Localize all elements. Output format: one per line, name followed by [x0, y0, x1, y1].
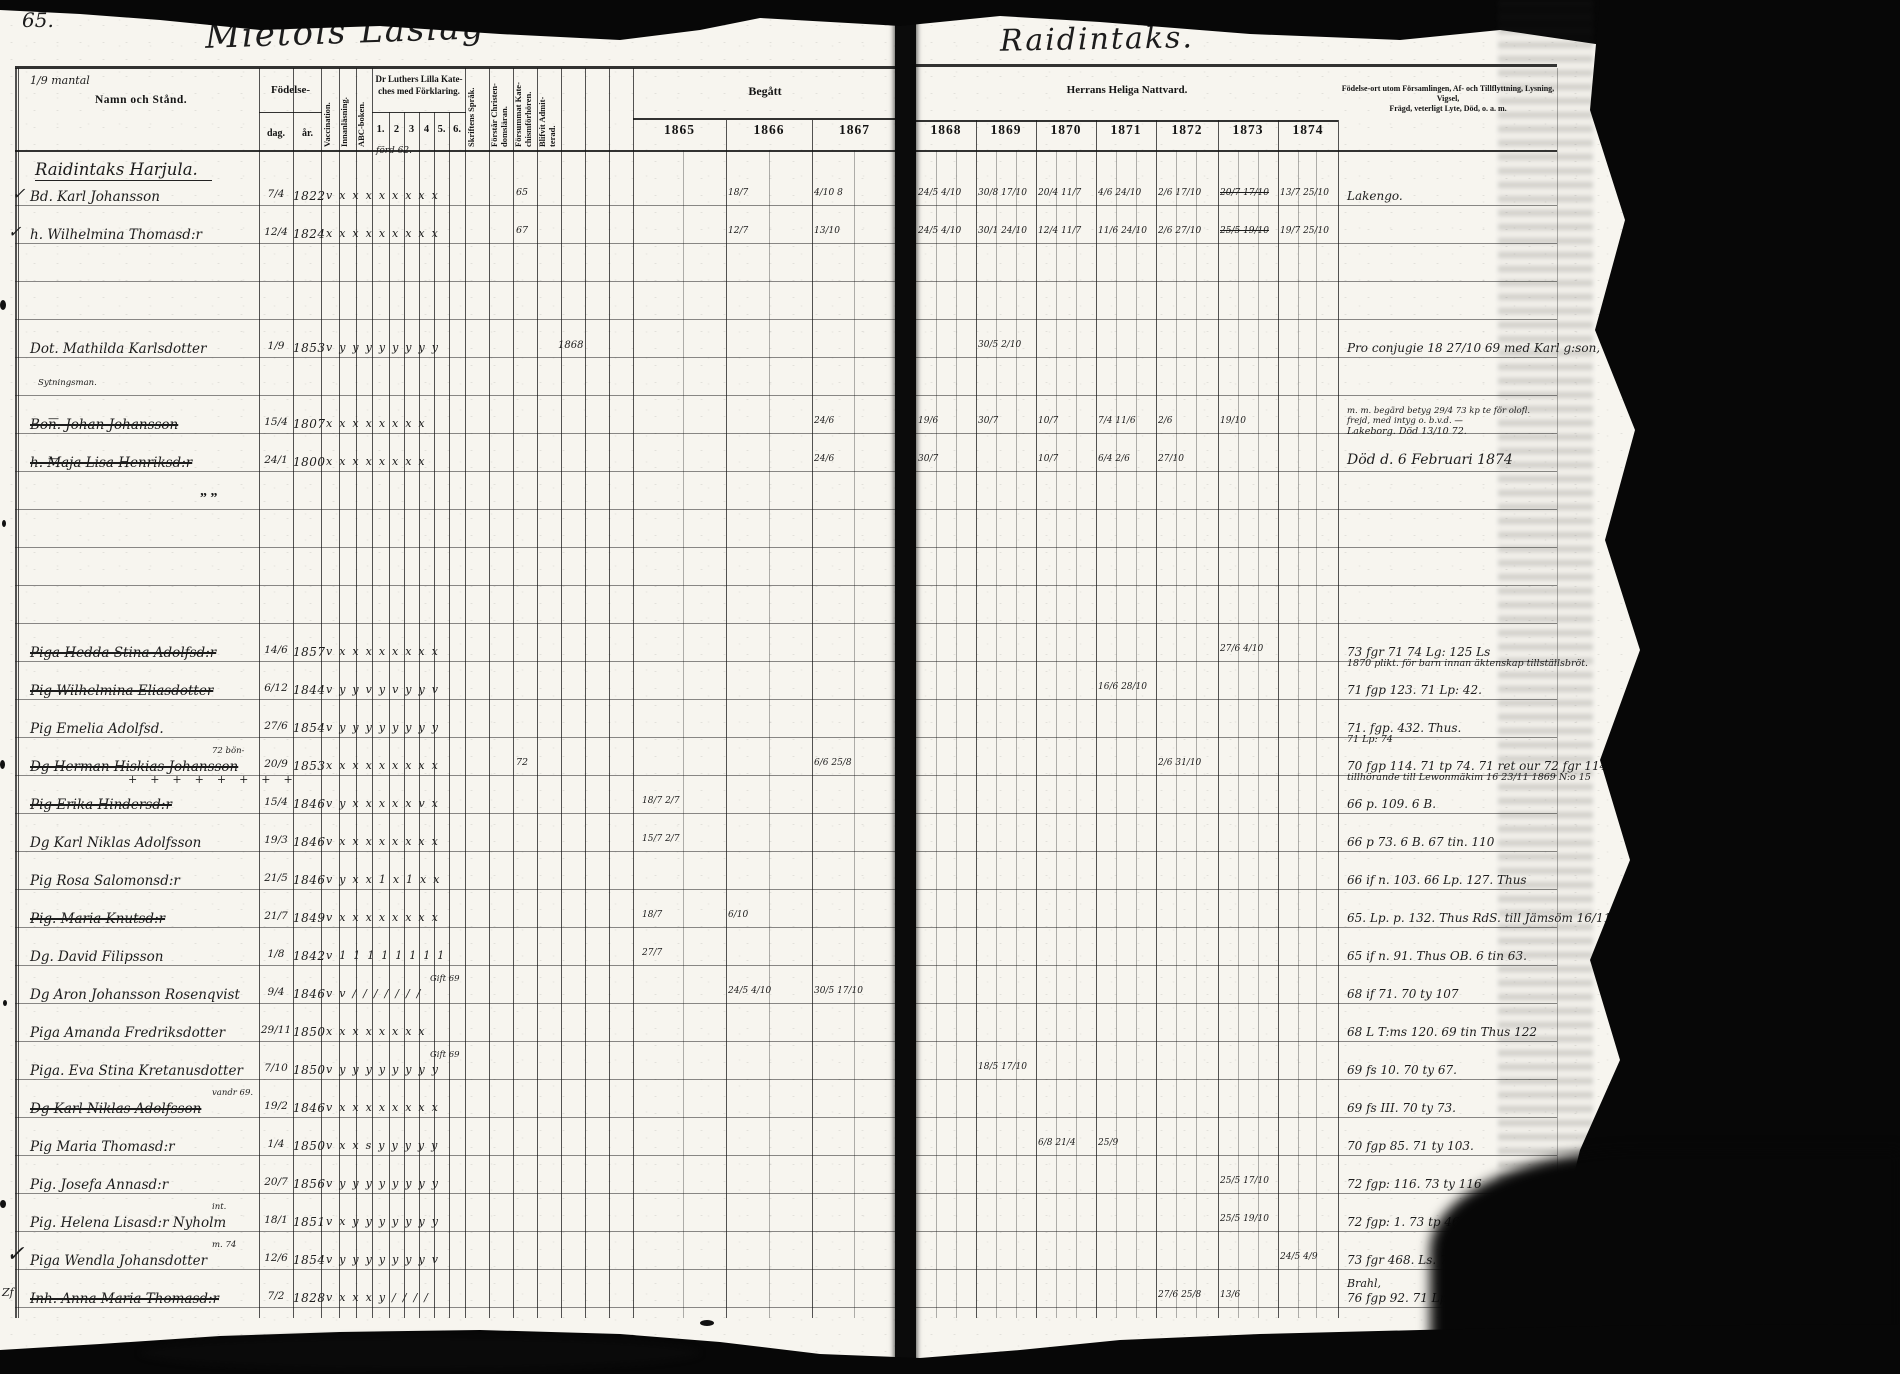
grid-line-h — [633, 118, 897, 120]
reading-marks: v11111111 — [326, 949, 451, 962]
communion-date: 24/5 4/9 — [1280, 1252, 1338, 1262]
communion-date: 30/5 2/10 — [978, 340, 1036, 350]
scanned-church-record-page: 65. Mietois Läslag Raidintaks. 1/9 manta… — [0, 0, 1900, 1374]
reading-marks: vxxsyyyyy — [326, 1139, 444, 1152]
marriage-annotation: Gift 69 — [430, 974, 460, 984]
grid-line-v — [854, 150, 855, 1318]
note: Lakeborg. Död 13/10 72. — [1347, 426, 1467, 437]
reading-marks: vxxxy//// — [326, 1291, 435, 1304]
communion-date: 2/6 31/10 — [1158, 758, 1216, 768]
catechism-col-1: 1. — [372, 124, 389, 135]
grid-line-v — [1036, 120, 1037, 1318]
grid-line-v — [1016, 150, 1017, 1318]
communion-date: 4/6 24/10 — [1098, 188, 1156, 198]
note: Brahl, — [1347, 1277, 1381, 1290]
communion-date: 19/10 — [1220, 416, 1278, 426]
communion-date: 6/6 25/8 — [814, 758, 872, 768]
margin-initials: Zf — [2, 1286, 14, 1299]
entry-name: Dg Karl Niklas Adolfsson — [30, 1101, 201, 1117]
birth-day: 21/5 — [259, 872, 293, 884]
grid-line-v — [1156, 120, 1157, 1318]
strike-marks: ++++++++ — [128, 773, 306, 786]
reading-marks: vyyvyvyyv — [326, 683, 445, 696]
margin-check-mark: ✓ — [12, 184, 25, 203]
reading-marks: xxxxxxxxx — [326, 227, 445, 240]
birth-day: 19/3 — [259, 834, 293, 846]
communion-date: 16/6 28/10 — [1098, 682, 1156, 692]
reading-marks: vyyyyyyyy — [326, 1063, 445, 1076]
communion-date: 25/5 19/10 — [1220, 226, 1278, 236]
birth-year: 1853 — [293, 341, 323, 355]
birth-year: 1824 — [293, 227, 323, 241]
communion-date: 6/4 2/6 — [1098, 454, 1156, 464]
birth-year: 1800 — [293, 455, 323, 469]
grid-line-v — [489, 68, 490, 1318]
ditto-marks: „ „ — [200, 484, 218, 500]
grid-line-v — [389, 112, 390, 1318]
birth-year: 1856 — [293, 1177, 323, 1191]
reading-marks: xxxxxxxxx — [326, 759, 445, 772]
reading-marks: xxxxxxxx — [326, 417, 432, 430]
communion-date: 24/6 — [814, 454, 872, 464]
grid-line-v — [513, 68, 514, 1318]
grid-line-v — [1196, 150, 1197, 1318]
catechism-col-4: 4 — [419, 124, 434, 135]
scan-speck — [3, 1000, 7, 1006]
birth-year: 1853 — [293, 759, 323, 773]
grid-line-v — [465, 68, 466, 1318]
scripture-header: Skriftens Språk. — [466, 71, 489, 147]
grid-line-v — [1238, 150, 1239, 1318]
note: 70 fgp 85. 71 ty 103. — [1347, 1139, 1474, 1153]
birth-day: 21/7 — [259, 910, 293, 922]
entry-name: Pig. Maria Knutsd:r — [30, 911, 165, 927]
communion-date: 19/7 25/10 — [1280, 226, 1338, 236]
communion-date: 4/10 8 — [814, 188, 872, 198]
grid-line-v — [561, 68, 562, 1318]
communion-date: 30/7 — [918, 454, 976, 464]
catechism-col-2: 2 — [389, 124, 404, 135]
note: 66 p 73. 6 B. 67 tin. 110 — [1347, 835, 1494, 849]
birth-day: 20/7 — [259, 1176, 293, 1188]
communion-date: 25/5 17/10 — [1220, 1176, 1278, 1186]
year-1867: 1867 — [812, 122, 897, 138]
birth-year: 1851 — [293, 1215, 323, 1229]
birth-year: 1857 — [293, 645, 323, 659]
scan-speck — [2, 520, 6, 527]
communion-date: 30/5 17/10 — [814, 986, 872, 996]
grid-line-v — [15, 68, 17, 1318]
household-subheading: Sytningsman. — [38, 378, 97, 388]
birth-day: 15/4 — [259, 416, 293, 428]
communion-date: 30/1 24/10 — [978, 226, 1036, 236]
communion-date: 24/6 — [814, 416, 872, 426]
birth-day: 18/1 — [259, 1214, 293, 1226]
note: 66 p. 109. 6 B. — [1347, 797, 1436, 811]
note: 73 fgr 71 74 Lg: 125 Ls — [1347, 645, 1490, 659]
note: 68 if 71. 70 ty 107 — [1347, 987, 1458, 1001]
grid-line-v — [812, 120, 813, 1318]
grid-line-v — [936, 150, 937, 1318]
mantal-note: 1/9 mantal — [30, 74, 90, 87]
grid-line-v — [1338, 120, 1339, 1318]
communion-date: 6/10 — [728, 910, 786, 920]
entry-name: Pig Maria Thomasd:r — [30, 1139, 175, 1155]
grid-line-v — [769, 150, 770, 1318]
grid-line-v — [609, 68, 610, 1318]
grid-line-v — [633, 68, 634, 1318]
grid-line-v — [585, 68, 586, 1318]
birth-year: 1844 — [293, 683, 323, 697]
birth-year: 1846 — [293, 1101, 323, 1115]
birth-day: 24/1 — [259, 454, 293, 466]
birth-year: 1842 — [293, 949, 323, 963]
communion-date: 7/4 11/6 — [1098, 416, 1156, 426]
margin-check-mark: ✓ — [8, 222, 21, 241]
catechism-col-5: 5. — [434, 124, 449, 135]
birth-year: 1807 — [293, 417, 323, 431]
communion-date: 13/6 — [1220, 1290, 1278, 1300]
birth-year-header: år. — [293, 128, 322, 139]
first-communion-year: 72 — [516, 757, 528, 768]
birth-day: 15/4 — [259, 796, 293, 808]
grid-line-v — [1096, 120, 1097, 1318]
name-column-header: Namn och Stånd. — [95, 94, 187, 106]
grid-line-v — [1176, 150, 1177, 1318]
communion-date: 20/4 11/7 — [1038, 188, 1096, 198]
year-1869: 1869 — [976, 122, 1036, 138]
communion-date: 10/7 — [1038, 416, 1096, 426]
grid-line-v — [449, 112, 450, 1318]
communion-date: 27/10 — [1158, 454, 1216, 464]
reading-marks: vyyyyyyyv — [326, 1253, 445, 1266]
communion-date: 19/6 — [918, 416, 976, 426]
reading-marks: vxyyyyyyy — [326, 1215, 445, 1228]
communion-date: 24/5 4/10 — [918, 188, 976, 198]
admitted-year: 1868 — [558, 340, 583, 351]
grid-line-v — [976, 120, 977, 1318]
margin-annotation: vandr 69. — [212, 1088, 253, 1098]
grid-line-v — [419, 112, 420, 1318]
grid-line-h — [916, 64, 1557, 67]
birth-day: 29/11 — [259, 1024, 293, 1036]
communion-date: 30/8 17/10 — [978, 188, 1036, 198]
birth-day: 1/8 — [259, 948, 293, 960]
entry-name: Pig. Josefa Annasd:r — [30, 1177, 168, 1193]
abc-book-header: ABC-boken. — [356, 71, 372, 147]
communion-date: 13/10 — [814, 226, 872, 236]
reading-marks: vyyyyyyyy — [326, 721, 445, 734]
communion-date: 27/7 — [642, 948, 700, 958]
birth-year: 1850 — [293, 1025, 323, 1039]
note: 69 fs 10. 70 ty 67. — [1347, 1063, 1457, 1077]
entry-name: Piga Amanda Fredriksdotter — [30, 1025, 225, 1041]
catechism-header-line2: ches med Förklaring. — [372, 86, 466, 96]
year-1871: 1871 — [1096, 122, 1156, 138]
communion-date: 18/5 17/10 — [978, 1062, 1036, 1072]
communion-date: 18/7 2/7 — [642, 796, 700, 806]
communion-date: 2/6 — [1158, 416, 1216, 426]
birth-day: 14/6 — [259, 644, 293, 656]
communion-date: 15/7 2/7 — [642, 834, 700, 844]
grid-line-v — [1298, 150, 1299, 1318]
reading-marks: vxxxxxxxx — [326, 835, 445, 848]
scan-speck — [700, 1320, 714, 1326]
communion-date: 12/4 11/7 — [1038, 226, 1096, 236]
grid-line-v — [1218, 120, 1219, 1318]
grid-line-v — [1258, 150, 1259, 1318]
entry-name: Piga Wendla Johansdotter — [30, 1253, 207, 1269]
note: 71 Lp: 74 — [1347, 734, 1393, 745]
note: 71 fgp 123. 71 Lp: 42. — [1347, 683, 1482, 697]
grid-line-h — [15, 150, 897, 152]
reading-marks: vxxxxxxxx — [326, 911, 445, 924]
communion-date: 27/6 4/10 — [1220, 644, 1278, 654]
grid-line-v — [434, 112, 435, 1318]
entry-name: Piga. Eva Stina Kretanusdotter — [30, 1063, 243, 1079]
communion-date: 13/7 25/10 — [1280, 188, 1338, 198]
grid-line-v — [1278, 120, 1279, 1318]
grid-line-v — [956, 150, 957, 1318]
communion-begun-header: Begått — [633, 84, 897, 99]
birth-column-header: Födelse- — [259, 84, 322, 96]
missed-catechism-header: Försummat Kate- chismförhören. — [513, 71, 537, 147]
scan-shadow-bottom-left — [140, 1336, 700, 1370]
margin-annotation: int. — [212, 1202, 226, 1212]
entry-name: h. Maja Lisa Henriksd:r — [30, 455, 192, 471]
year-1874: 1874 — [1278, 122, 1338, 138]
note: Lakengo. — [1347, 189, 1403, 203]
vaccination-header: Vaccination. — [322, 71, 339, 147]
admitted-header: Blifvit Admit- terad. — [537, 71, 561, 147]
village-heading: Raidintaks Harjula. — [35, 160, 212, 181]
catechism-header-line1: Dr Luthers Lilla Kate- — [372, 74, 466, 84]
grid-line-v — [726, 120, 727, 1318]
birth-year: 1850 — [293, 1063, 323, 1077]
catechism-col-3: 3 — [404, 124, 419, 135]
note: 71. fgp. 432. Thus. — [1347, 721, 1461, 735]
birth-day: 7/4 — [259, 188, 293, 200]
birth-day: 20/9 — [259, 758, 293, 770]
year-1872: 1872 — [1156, 122, 1218, 138]
entry-name: Pig. Helena Lisasd:r Nyholm — [30, 1215, 226, 1231]
birth-year: 1846 — [293, 987, 323, 1001]
reading-marks: vv/////// — [326, 987, 427, 1000]
birth-year: 1850 — [293, 1139, 323, 1153]
scan-speck — [0, 760, 5, 769]
reading-header: Innanläsning. — [339, 71, 356, 147]
first-communion-year: 67 — [516, 225, 528, 236]
entry-name: Dot. Mathilda Karlsdotter — [30, 341, 206, 357]
grid-line-v — [404, 112, 405, 1318]
grid-line-v — [1316, 150, 1317, 1318]
reading-marks: vyxxxxxvx — [326, 797, 445, 810]
birth-year: 1822 — [293, 189, 323, 203]
birth-day: 12/6 — [259, 1252, 293, 1264]
understands-christianity-header: Förstår Christen- domsläran. — [489, 71, 513, 147]
catechism-col-6: 6. — [449, 124, 465, 135]
birth-day: 27/6 — [259, 720, 293, 732]
catechism-margin-note: förd 62. — [376, 146, 412, 156]
year-1865: 1865 — [633, 122, 726, 138]
note: frejd, med intyg o. b.v.d. — — [1347, 416, 1463, 426]
birth-day: 7/10 — [259, 1062, 293, 1074]
birth-day: 9/4 — [259, 986, 293, 998]
communion-date: 25/5 19/10 — [1220, 1214, 1278, 1224]
entry-name: Bd. Karl Johansson — [30, 189, 160, 205]
marriage-annotation: Gift 69 — [430, 1050, 460, 1060]
entry-name: Pig Emelia Adolfsd. — [30, 721, 164, 737]
reading-marks: vxxxxxxxx — [326, 189, 445, 202]
margin-annotation: 72 bön- — [212, 746, 244, 756]
note: 72 fgp: 116. 73 ty 116 — [1347, 1177, 1482, 1191]
birth-year: 1854 — [293, 1253, 323, 1267]
year-1868: 1868 — [916, 122, 976, 138]
entry-name: Bon. Johan Johansson — [30, 417, 178, 433]
reading-marks: vxxxxxxxx — [326, 645, 445, 658]
year-1866: 1866 — [726, 122, 812, 138]
birth-year: 1846 — [293, 873, 323, 887]
reading-marks: vyyyyyyyy — [326, 341, 445, 354]
entry-name: Pig Wilhelmina Eliasdotter — [30, 683, 213, 699]
entry-name: Dg Aron Johansson Rosenqvist — [30, 987, 240, 1003]
communion-date: 24/5 4/10 — [918, 226, 976, 236]
grid-line-h — [916, 150, 1557, 152]
birth-year: 1854 — [293, 721, 323, 735]
communion-date: 11/6 24/10 — [1098, 226, 1156, 236]
reading-marks: vyxx1x1xx — [326, 873, 446, 886]
entry-name: Pig Rosa Salomonsd:r — [30, 873, 180, 889]
birth-day: 1/4 — [259, 1138, 293, 1150]
year-1873: 1873 — [1218, 122, 1278, 138]
birth-year: 1846 — [293, 797, 323, 811]
communion-date: 12/7 — [728, 226, 786, 236]
grid-line-v — [537, 68, 538, 1318]
page-binding-gutter — [895, 0, 916, 1374]
entry-name: Dg. David Filipsson — [30, 949, 163, 965]
birth-day: 19/2 — [259, 1100, 293, 1112]
entry-name: Pig Erika Hindersd:r — [30, 797, 172, 813]
birth-day: 7/2 — [259, 1290, 293, 1302]
reading-marks: vxxxxxxxx — [326, 1101, 445, 1114]
birth-day-header: dag. — [259, 128, 293, 139]
birth-day: 1/9 — [259, 340, 293, 352]
communion-date: 18/7 — [642, 910, 700, 920]
death-note: Död d. 6 Februari 1874 — [1347, 452, 1513, 468]
communion-date: 2/6 27/10 — [1158, 226, 1216, 236]
communion-date: 30/7 — [978, 416, 1036, 426]
entry-name: Inh. Anna Maria Thomasd:r — [30, 1291, 219, 1307]
margin-annotation: m. 74 — [212, 1240, 236, 1250]
birth-year: 1849 — [293, 911, 323, 925]
grid-line-h — [259, 112, 322, 113]
communion-date: 25/9 — [1098, 1138, 1156, 1148]
communion-date: 10/7 — [1038, 454, 1096, 464]
communion-date: 6/8 21/4 — [1038, 1138, 1096, 1148]
communion-date: 18/7 — [728, 188, 786, 198]
grid-line-v — [683, 150, 684, 1318]
entry-name: h. Wilhelmina Thomasd:r — [30, 227, 202, 243]
reading-marks: xxxxxxxx — [326, 455, 432, 468]
birth-day: 12/4 — [259, 226, 293, 238]
communion-date: 24/5 4/10 — [728, 986, 786, 996]
margin-check-mark: ✓ — [6, 1242, 24, 1267]
grid-line-v — [996, 150, 997, 1318]
reading-marks: vyyyyyyyy — [326, 1177, 445, 1190]
entry-name: Dg Karl Niklas Adolfsson — [30, 835, 201, 851]
scan-speck — [0, 300, 6, 310]
communion-date: 20/7 17/10 — [1220, 188, 1278, 198]
communion-date: 27/6 25/8 — [1158, 1290, 1216, 1300]
note: 69 fs III. 70 ty 73. — [1347, 1101, 1456, 1115]
grid-line-h — [15, 66, 897, 69]
holy-communion-header: Herrans Heliga Nattvard. — [916, 84, 1338, 96]
birth-day: 6/12 — [259, 682, 293, 694]
reading-marks: xxxxxxxx — [326, 1025, 432, 1038]
first-communion-year: 65 — [516, 187, 528, 198]
birth-year: 1828 — [293, 1291, 323, 1305]
grid-line-v — [18, 68, 19, 1318]
scan-speck — [0, 1200, 6, 1208]
birth-year: 1846 — [293, 835, 323, 849]
entry-name: Piga Hedda Stina Adolfsd:r — [30, 645, 216, 661]
communion-date: 2/6 17/10 — [1158, 188, 1216, 198]
year-1870: 1870 — [1036, 122, 1096, 138]
